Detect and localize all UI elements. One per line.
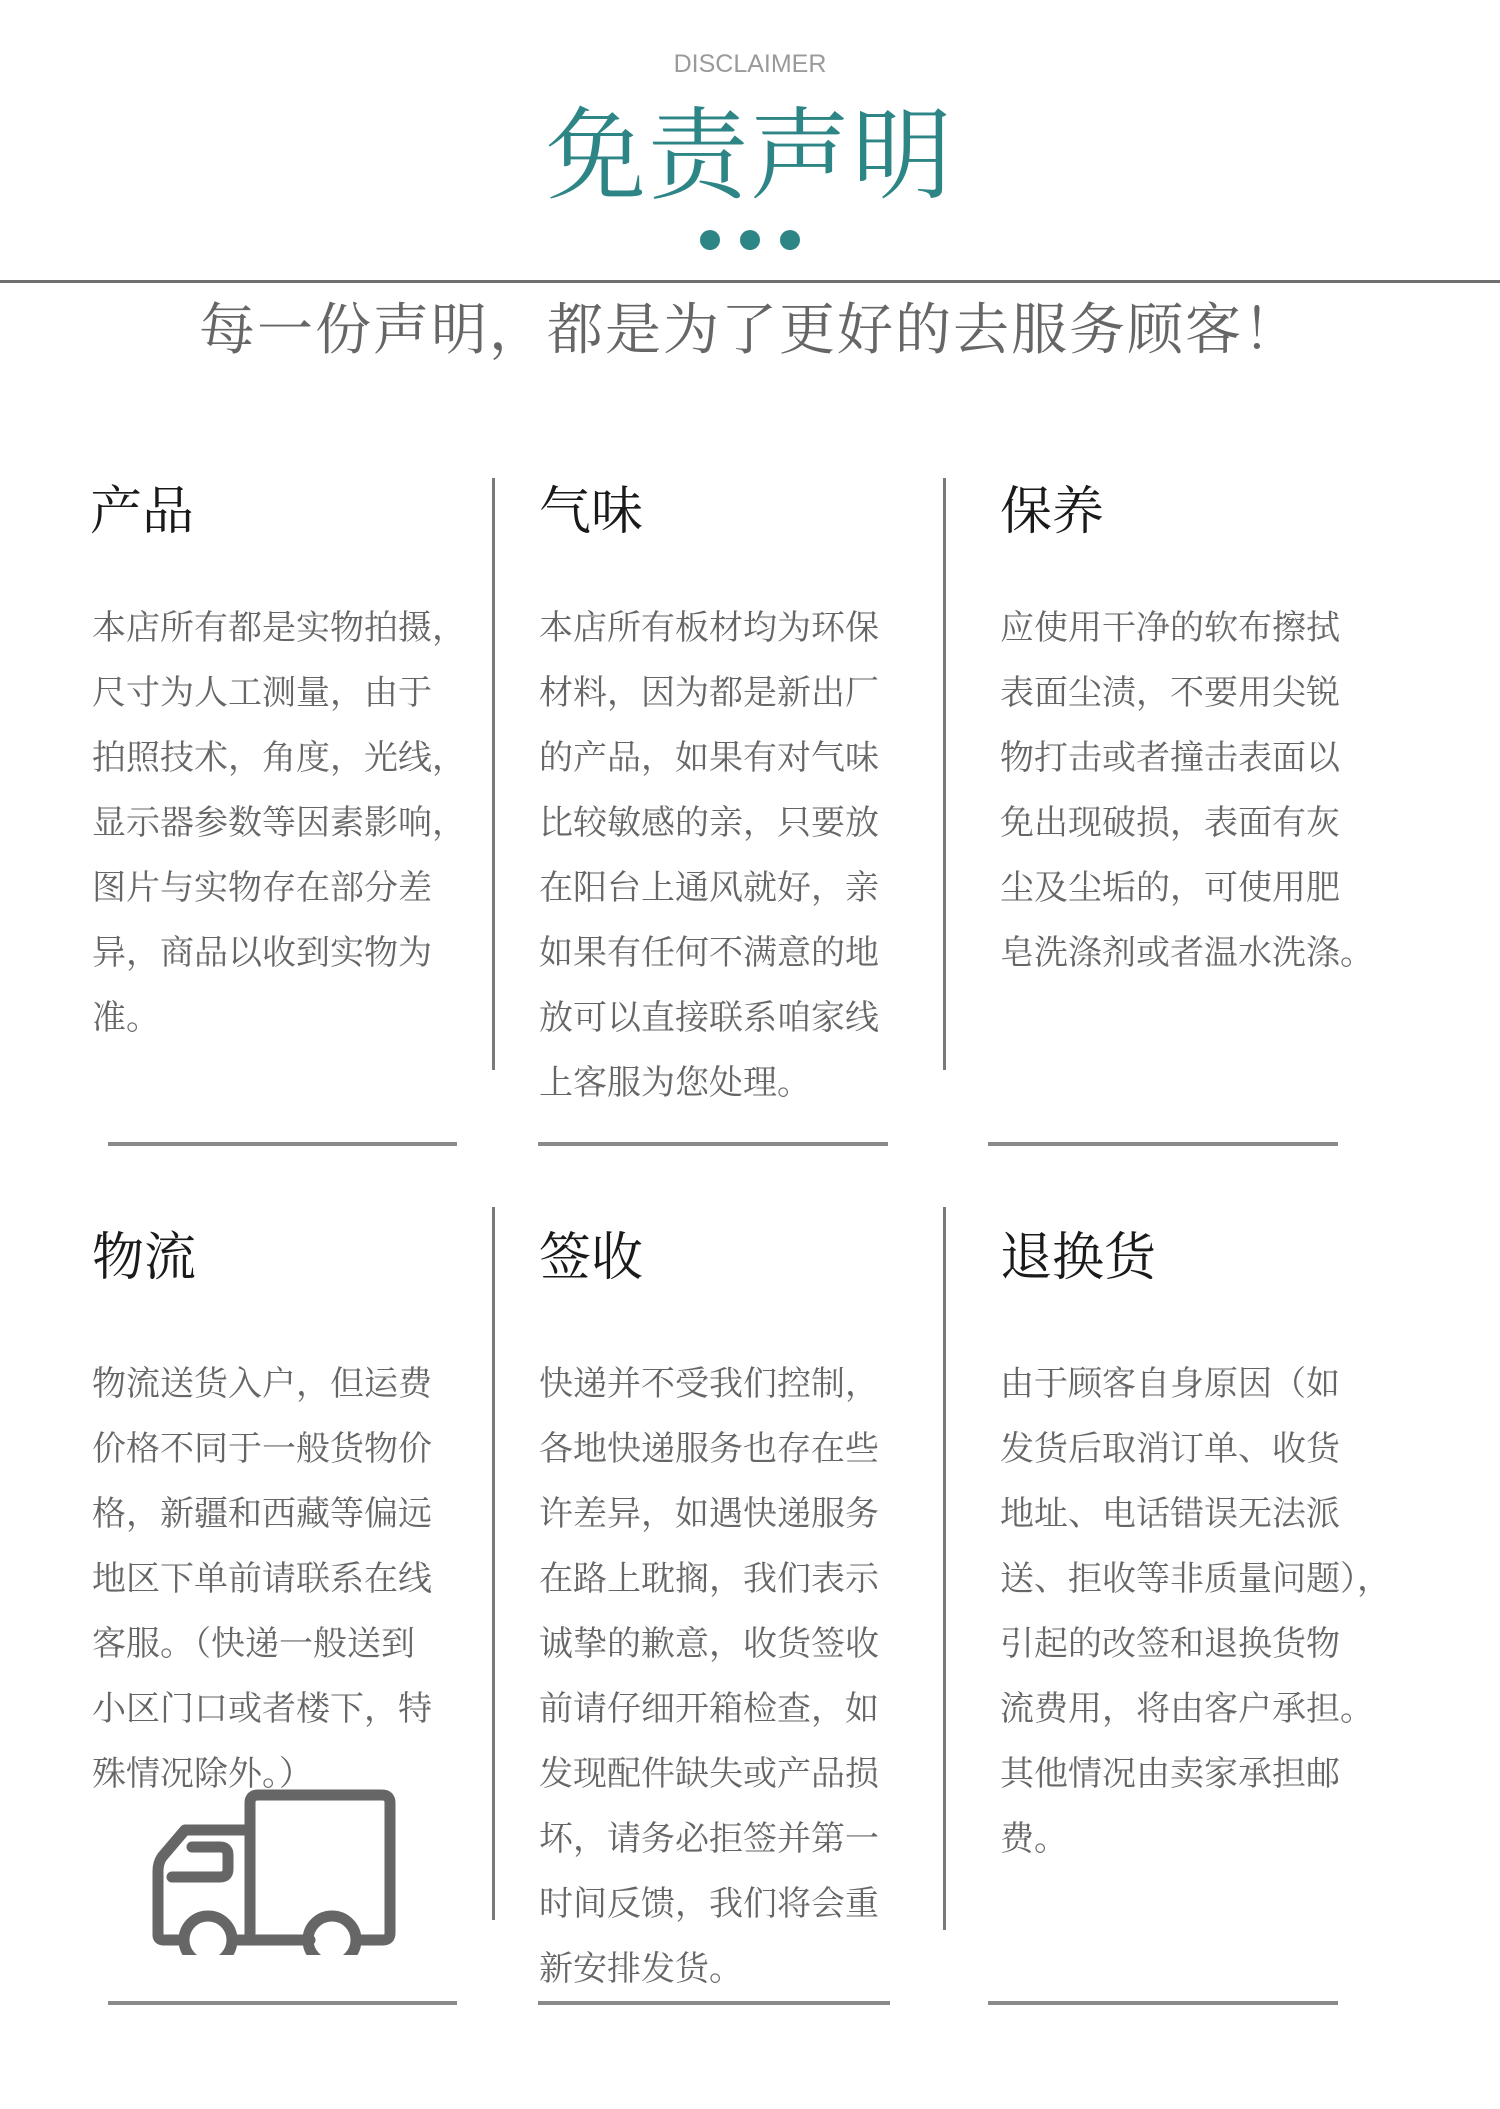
column-divider xyxy=(492,478,495,1070)
section-rule xyxy=(988,2001,1338,2005)
section-rule xyxy=(988,1142,1338,1146)
section-title-receipt: 签收 xyxy=(539,1228,643,1288)
page-subtitle: 每一份声明，都是为了更好的去服务顾客！ xyxy=(0,296,1500,366)
section-body-logistics: 物流送货入户，但运费 价格不同于一般货物价 格，新疆和西藏等偏远 地区下单前请联… xyxy=(92,1352,492,1807)
section-title-odor: 气味 xyxy=(539,482,643,542)
column-divider xyxy=(492,1207,495,1920)
section-rule xyxy=(108,1142,457,1146)
section-body-odor: 本店所有板材均为环保 材料，因为都是新出厂 的产品，如果有对气味 比较敏感的亲，… xyxy=(539,596,939,1116)
section-rule xyxy=(108,2001,457,2005)
section-title-maintenance: 保养 xyxy=(1000,482,1104,542)
section-rule xyxy=(538,2001,890,2005)
column-divider xyxy=(943,1207,946,1930)
section-body-maintenance: 应使用干净的软布擦拭 表面尘渍，不要用尖锐 物打击或者撞击表面以 免出现破损，表… xyxy=(1000,596,1440,986)
decorative-dots xyxy=(0,230,1500,250)
dot-icon xyxy=(740,230,760,250)
eyebrow-label: DISCLAIMER xyxy=(0,50,1500,78)
section-rule xyxy=(538,1142,888,1146)
page-title: 免责声明 xyxy=(0,96,1500,216)
dot-icon xyxy=(780,230,800,250)
section-body-product: 本店所有都是实物拍摄， 尺寸为人工测量，由于 拍照技术，角度，光线， 显示器参数… xyxy=(92,596,492,1051)
section-title-product: 产品 xyxy=(90,482,194,542)
truck-icon xyxy=(150,1785,400,1955)
header-divider xyxy=(0,280,1500,283)
section-body-receipt: 快递并不受我们控制， 各地快递服务也存在些 许差异，如遇快递服务 在路上耽搁，我… xyxy=(539,1352,939,2002)
dot-icon xyxy=(700,230,720,250)
section-title-returns: 退换货 xyxy=(1000,1228,1156,1288)
section-body-returns: 由于顾客自身原因（如 发货后取消订单、收货 地址、电话错误无法派 送、拒收等非质… xyxy=(1000,1352,1480,1872)
column-divider xyxy=(943,478,946,1070)
section-title-logistics: 物流 xyxy=(92,1228,196,1288)
